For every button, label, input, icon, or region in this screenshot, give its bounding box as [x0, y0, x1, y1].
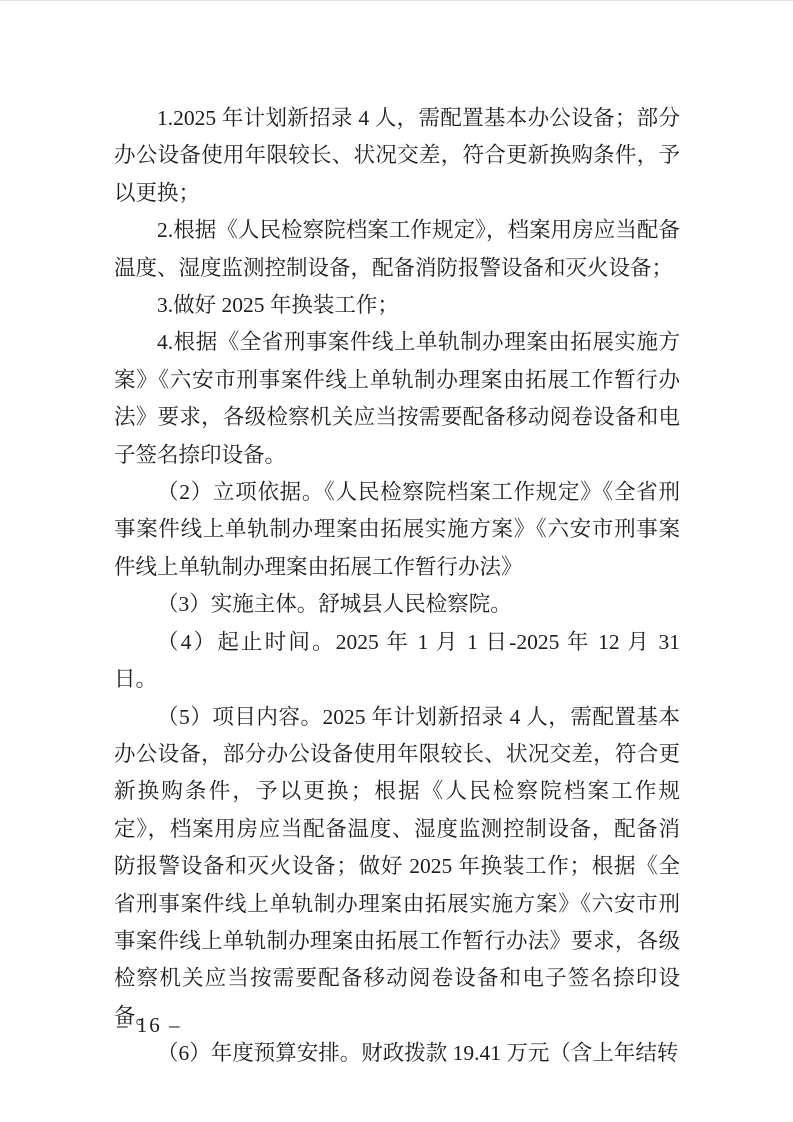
paragraph-item-2: 2.根据《人民检察院档案工作规定》，档案用房应当配备温度、湿度监测控制设备，配备… [114, 212, 680, 287]
document-body: 1.2025 年计划新招录 4 人，需配置基本办公设备；部分办公设备使用年限较长… [114, 100, 680, 1073]
paragraph-item-4: 4.根据《全省刑事案件线上单轨制办理案由拓展实施方案》《六安市刑事案件线上单轨制… [114, 324, 680, 474]
paragraph-timespan: （4）起止时间。2025 年 1 月 1 日-2025 年 12 月 31 日。 [114, 624, 680, 699]
document-page: 1.2025 年计划新招录 4 人，需配置基本办公设备；部分办公设备使用年限较长… [0, 0, 793, 1122]
paragraph-budget: （6）年度预算安排。财政拨款 19.41 万元（含上年结转 [114, 1035, 680, 1072]
page-number: – 16 – [117, 1013, 182, 1038]
paragraph-implementer: （3）实施主体。舒城县人民检察院。 [114, 586, 680, 623]
paragraph-item-1: 1.2025 年计划新招录 4 人，需配置基本办公设备；部分办公设备使用年限较长… [114, 100, 680, 212]
paragraph-item-3: 3.做好 2025 年换装工作； [114, 287, 680, 324]
paragraph-project-content: （5）项目内容。2025 年计划新招录 4 人，需配置基本办公设备，部分办公设备… [114, 699, 680, 1036]
paragraph-basis: （2）立项依据。《人民检察院档案工作规定》《全省刑事案件线上单轨制办理案由拓展实… [114, 474, 680, 586]
